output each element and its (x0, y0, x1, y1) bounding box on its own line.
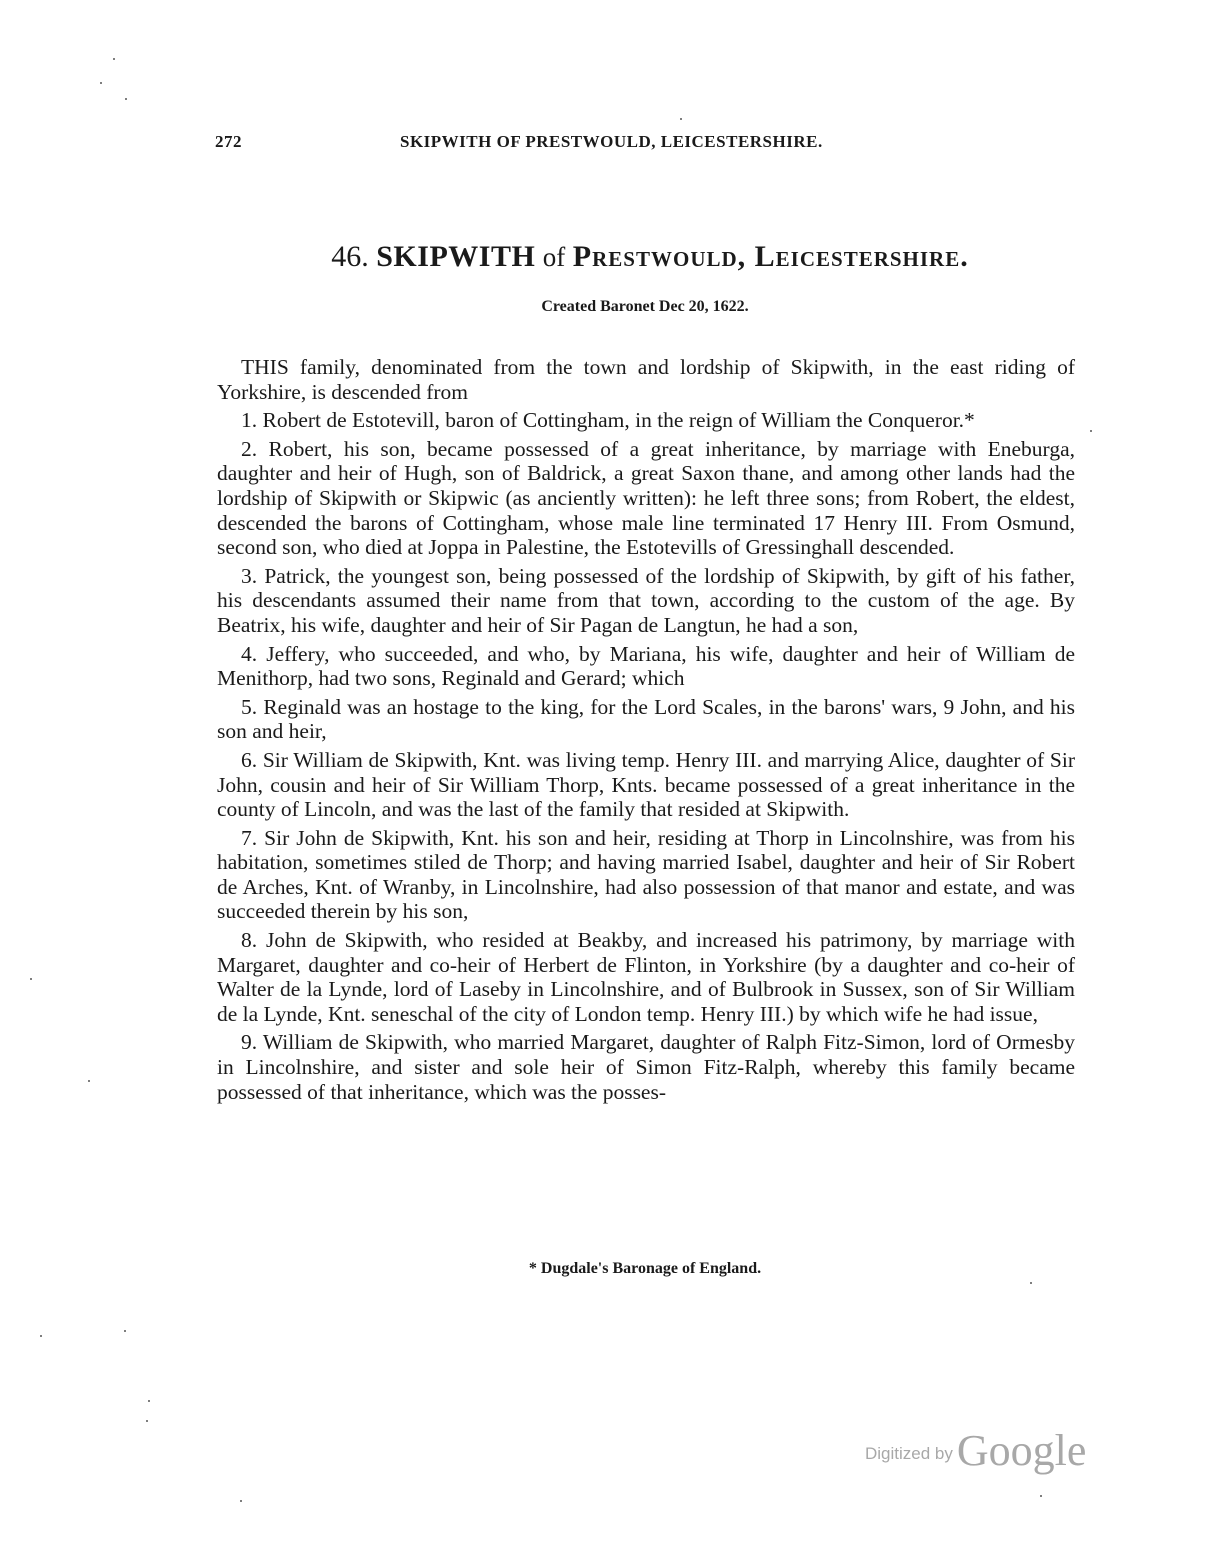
scan-speck (240, 1500, 242, 1502)
scan-speck (146, 1420, 148, 1422)
chapter-place: Prestwould, Leicestershire. (573, 240, 969, 273)
paragraph-5: 5. Reginald was an hostage to the king, … (217, 695, 1075, 744)
scan-speck (1090, 430, 1092, 432)
paragraph-intro: THIS family, denominated from the town a… (217, 355, 1075, 404)
chapter-title: 46. SKIPWITH of Prestwould, Leicestershi… (0, 240, 1213, 274)
page-number: 272 (215, 132, 242, 152)
paragraph-6: 6. Sir William de Skipwith, Knt. was liv… (217, 748, 1075, 822)
scan-speck (30, 978, 32, 980)
body-text: THIS family, denominated from the town a… (217, 355, 1075, 1108)
scan-speck (100, 82, 102, 84)
scan-speck (40, 1335, 42, 1337)
running-title: SKIPWITH OF PRESTWOULD, LEICESTERSHIRE. (400, 132, 823, 152)
scan-speck (125, 98, 127, 100)
paragraph-3: 3. Patrick, the youngest son, being poss… (217, 564, 1075, 638)
paragraph-8: 8. John de Skipwith, who resided at Beak… (217, 928, 1075, 1026)
watermark-prefix: Digitized by (865, 1444, 953, 1463)
scan-speck (113, 58, 115, 60)
chapter-of: of (543, 242, 566, 272)
paragraph-4: 4. Jeffery, who succeeded, and who, by M… (217, 642, 1075, 691)
paragraph-9: 9. William de Skipwith, who married Marg… (217, 1030, 1075, 1104)
running-head: 272 SKIPWITH OF PRESTWOULD, LEICESTERSHI… (215, 128, 895, 156)
paragraph-1: 1. Robert de Estotevill, baron of Cottin… (217, 408, 1075, 433)
scan-speck (680, 118, 682, 120)
scan-speck (88, 1080, 90, 1082)
chapter-surname: SKIPWITH (376, 240, 535, 273)
digitized-watermark: Digitized by Google (865, 1425, 1086, 1476)
scan-speck (1040, 1495, 1042, 1497)
paragraph-7: 7. Sir John de Skipwith, Knt. his son an… (217, 826, 1075, 924)
scan-speck (1030, 1282, 1032, 1284)
footnote: * Dugdale's Baronage of England. (0, 1260, 1213, 1278)
chapter-number: 46. (331, 240, 369, 273)
paragraph-2: 2. Robert, his son, became possessed of … (217, 437, 1075, 560)
creation-date: Created Baronet Dec 20, 1622. (0, 298, 1213, 316)
scan-speck (124, 1330, 126, 1332)
scan-speck (148, 1400, 150, 1402)
google-logo: Google (957, 1426, 1087, 1475)
